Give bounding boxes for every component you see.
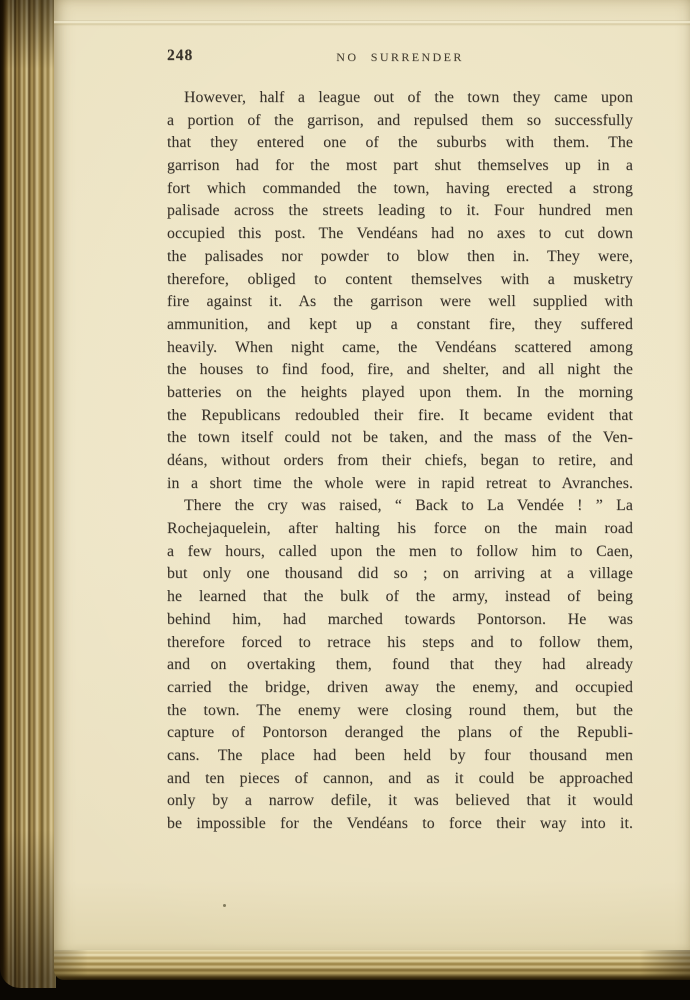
text-line: occupied this post. The Vendéans had no … [167, 223, 633, 246]
text-block: 248 NO SURRENDER However, half a league … [167, 50, 633, 836]
text-line: déans, without orders from their chiefs,… [167, 450, 633, 473]
text-line: a few hours, called upon the men to foll… [167, 541, 633, 564]
text-line: palisade across the streets leading to i… [167, 200, 633, 223]
book-page-edges-left [0, 0, 56, 988]
page-speck [223, 904, 226, 907]
book-page: 248 NO SURRENDER However, half a league … [54, 0, 690, 956]
text-line: therefore forced to retrace his steps an… [167, 632, 633, 655]
text-line: in a short time the whole were in rapid … [167, 473, 633, 496]
text-line: the palisades nor powder to blow then in… [167, 246, 633, 269]
paragraph: There the cry was raised, “ Back to La V… [167, 495, 633, 835]
page-number: 248 [167, 47, 193, 65]
text-line: that they entered one of the suburbs wit… [167, 132, 633, 155]
text-line: fire against it. As the garrison were we… [167, 291, 633, 314]
page-top-edge-crease [54, 20, 690, 26]
text-line: and on overtaking them, found that they … [167, 654, 633, 677]
text-line: batteries on the heights played upon the… [167, 382, 633, 405]
running-title: NO SURRENDER [167, 50, 633, 65]
text-line: be impossible for the Vendéans to force … [167, 813, 633, 836]
text-line: the houses to find food, fire, and shelt… [167, 359, 633, 382]
text-line: the town. The enemy were closing round t… [167, 700, 633, 723]
paragraph: However, half a league out of the town t… [167, 87, 633, 495]
text-line: therefore, obliged to content themselves… [167, 269, 633, 292]
text-line: behind him, had marched towards Pontorso… [167, 609, 633, 632]
text-line: cans. The place had been held by four th… [167, 745, 633, 768]
text-line: garrison had for the most part shut them… [167, 155, 633, 178]
text-line: Rochejaquelein, after halting his force … [167, 518, 633, 541]
text-line: carried the bridge, driven away the enem… [167, 677, 633, 700]
text-line: a portion of the garrison, and repulsed … [167, 110, 633, 133]
text-line: There the cry was raised, “ Back to La V… [167, 495, 633, 518]
text-line: but only one thousand did so ; on arrivi… [167, 563, 633, 586]
text-line: fort which commanded the town, having er… [167, 178, 633, 201]
text-line: However, half a league out of the town t… [167, 87, 633, 110]
text-line: he learned that the bulk of the army, in… [167, 586, 633, 609]
text-line: heavily. When night came, the Vendéans s… [167, 337, 633, 360]
text-line: only by a narrow defile, it was believed… [167, 790, 633, 813]
text-line: the town itself could not be taken, and … [167, 427, 633, 450]
book-page-edges-bottom [54, 950, 690, 980]
photo-background: 248 NO SURRENDER However, half a league … [0, 0, 690, 1000]
paragraphs: However, half a league out of the town t… [167, 87, 633, 836]
text-line: and ten pieces of cannon, and as it coul… [167, 768, 633, 791]
text-line: ammunition, and kept up a constant fire,… [167, 314, 633, 337]
page-header: 248 NO SURRENDER [167, 50, 633, 66]
text-line: capture of Pontorson deranged the plans … [167, 722, 633, 745]
text-line: the Republicans redoubled their fire. It… [167, 405, 633, 428]
